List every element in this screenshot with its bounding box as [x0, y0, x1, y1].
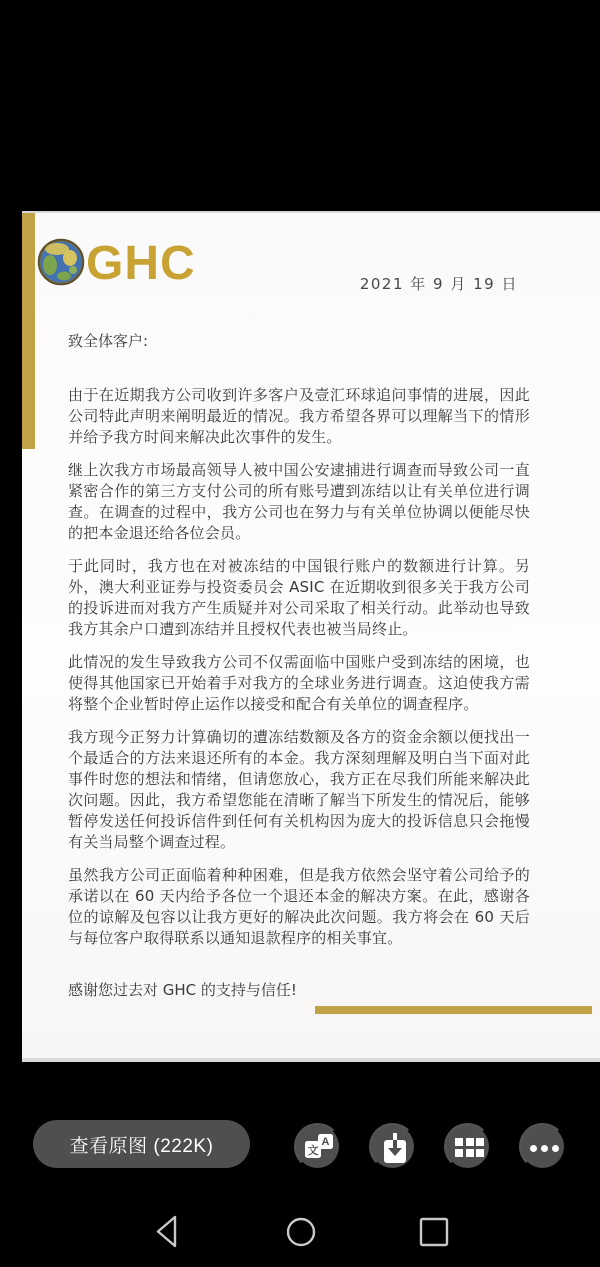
home-icon — [286, 1235, 316, 1250]
letter-document-image[interactable]: GHC 2021 年 9 月 19 日 致全体客户: 由于在近期我方公司收到许多… — [22, 211, 600, 1062]
grid-icon — [455, 1138, 484, 1156]
company-logo: GHC — [37, 237, 196, 291]
letter-date: 2021 年 9 月 19 日 — [360, 273, 518, 294]
letter-paragraph: 由于在近期我方公司收到许多客户及壹汇环球追问事情的进展，因此公司特此声明来阐明最… — [68, 385, 530, 448]
grid-button[interactable] — [444, 1123, 491, 1170]
recents-icon — [419, 1235, 449, 1250]
letter-body: 致全体客户: 由于在近期我方公司收到许多客户及壹汇环球追问事情的进展，因此公司特… — [68, 330, 530, 1000]
more-button[interactable] — [519, 1123, 566, 1170]
image-viewer-screen: GHC 2021 年 9 月 19 日 致全体客户: 由于在近期我方公司收到许多… — [0, 0, 600, 1267]
letter-paragraph: 继上次我方市场最高领导人被中国公安逮捕进行调查而导致公司一直紧密合作的第三方支付… — [68, 460, 530, 544]
globe-icon — [37, 237, 85, 291]
back-icon — [153, 1237, 180, 1252]
download-icon — [371, 1125, 414, 1168]
letter-paragraph: 此情况的发生导致我方公司不仅需面临中国账户受到冻结的困境，也使得其他国家已开始着… — [68, 652, 530, 715]
view-original-label: 查看原图 (222K) — [70, 1131, 214, 1158]
nav-home-button[interactable] — [286, 1217, 316, 1250]
gold-left-bar — [22, 213, 35, 449]
logo-wordmark: GHC — [86, 240, 196, 288]
download-button[interactable] — [369, 1123, 416, 1170]
nav-recents-button[interactable] — [419, 1217, 449, 1250]
letter-paragraph: 虽然我方公司正面临着种种困难，但是我方依然会坚守着公司给予的承诺以在 60 天内… — [68, 865, 530, 949]
translate-button[interactable]: A 文 — [294, 1123, 341, 1170]
letter-paragraph: 我方现今正努力计算确切的遭冻结数额及各方的资金余额以便找出一个最适合的方法来退还… — [68, 727, 530, 853]
letter-closing: 感谢您过去对 GHC 的支持与信任! — [68, 979, 530, 1000]
more-icon — [521, 1125, 568, 1172]
letter-salutation: 致全体客户: — [68, 330, 530, 351]
view-original-button[interactable]: 查看原图 (222K) — [33, 1120, 250, 1168]
translate-icon: A 文 — [296, 1125, 339, 1168]
gold-bottom-bar — [315, 1006, 592, 1014]
letter-paragraph: 于此同时，我方也在对被冻结的中国银行账户的数额进行计算。另外，澳大利亚证券与投资… — [68, 556, 530, 640]
nav-back-button[interactable] — [153, 1214, 180, 1252]
